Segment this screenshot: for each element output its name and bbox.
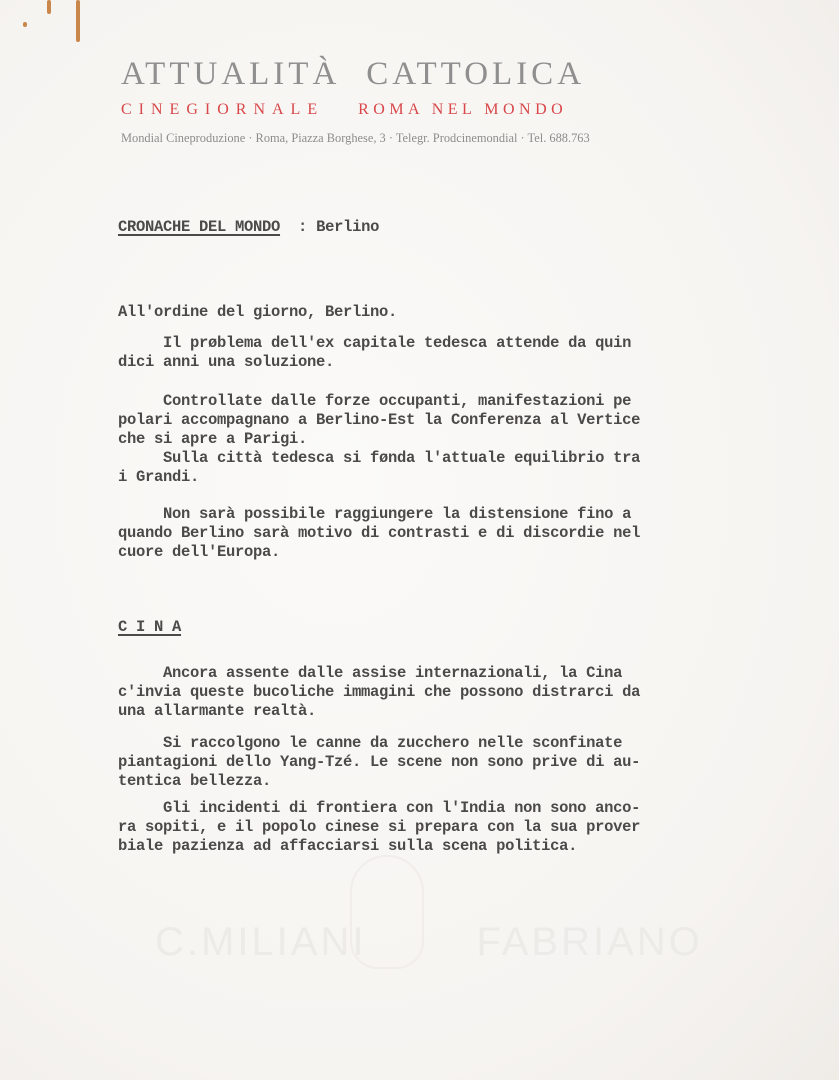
paragraph: Gli incidenti di frontiera con l'India n…: [118, 799, 718, 856]
ink-stain: [47, 0, 51, 14]
letterhead: ATTUALITÀCATTOLICA CINEGIORNALEROMA NEL …: [121, 54, 711, 146]
paragraph: Controllate dalle forze occupanti, manif…: [118, 392, 718, 449]
document-page: C.MILIANIFABRIANO ATTUALITÀCATTOLICA CIN…: [0, 0, 839, 1080]
section-heading-cina: C I N A: [118, 618, 718, 637]
letterhead-title: ATTUALITÀCATTOLICA: [121, 54, 711, 94]
paragraph: Non sarà possibile raggiungere la disten…: [118, 505, 718, 562]
paragraph: Sulla città tedesca si fønda l'attuale e…: [118, 449, 718, 487]
letterhead-subtitle: CINEGIORNALEROMA NEL MONDO: [121, 100, 711, 120]
paragraph: Ancora assente dalle assise internaziona…: [118, 664, 718, 721]
ink-stain: [76, 0, 80, 42]
intro-line: All'ordine del giorno, Berlino.: [118, 303, 718, 322]
paragraph: Si raccolgono le canne da zucchero nelle…: [118, 734, 718, 791]
section-heading-berlino: CRONACHE DEL MONDO : Berlino: [118, 218, 718, 237]
paper-watermark: C.MILIANIFABRIANO: [155, 920, 703, 965]
paragraph: Il prøblema dell'ex capitale tedesca att…: [118, 334, 718, 372]
ink-stain: [23, 22, 27, 27]
letterhead-address: Mondial Cineproduzione · Roma, Piazza Bo…: [121, 131, 711, 146]
